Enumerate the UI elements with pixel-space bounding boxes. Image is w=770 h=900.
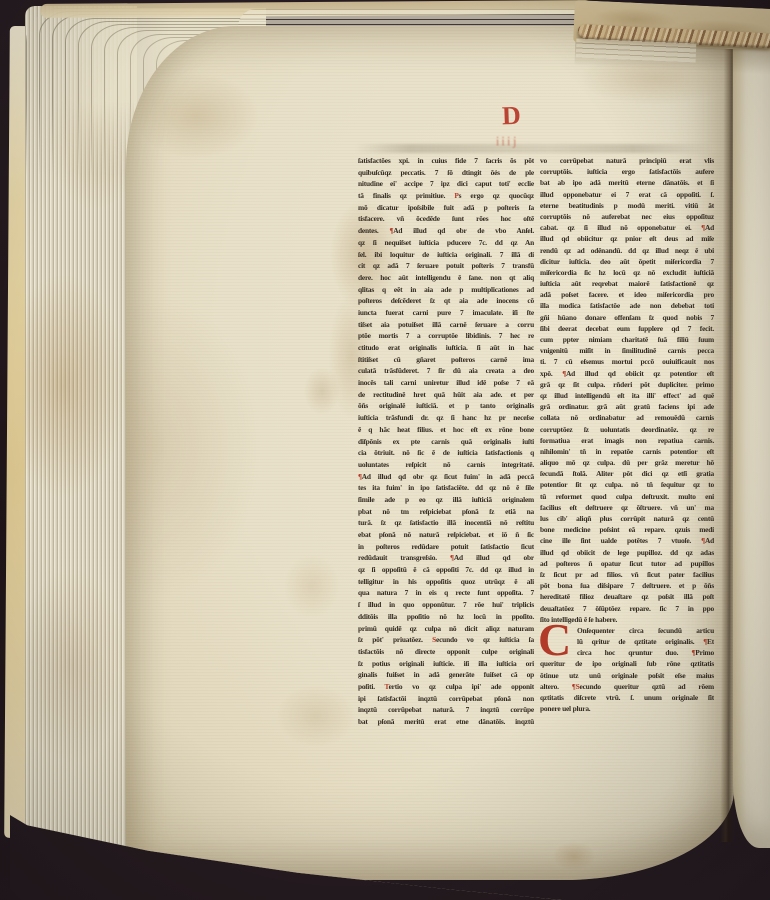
- text-line: qua natura 7 in eis q recte ſunt oppoſit…: [358, 587, 534, 599]
- text-line: qlitas q eẽt in aia ade p multiplication…: [358, 284, 534, 296]
- rubric-mark: ¶: [562, 369, 566, 378]
- text-line: grã qz ſit culpa. rñderi põt dupliciter.…: [540, 379, 714, 390]
- text-line: dentes. ¶Ad illud qd obr de vbo Anſel.: [358, 225, 534, 237]
- text-line: cabat. qz ſi illud nõ opponebatur ei. ¶A…: [540, 222, 714, 233]
- text-line: miſericordia ſic hz locũ qz nõ excludit …: [540, 267, 714, 278]
- text-line: ſimile ade p eo qz illã iuſticiã origina…: [358, 494, 534, 506]
- text-line: ſatisfactões xpi. in cuius fide 7 ſacris…: [358, 155, 534, 167]
- text-line: deuaſtatõez 7 õſũptõez repare. ſic 7 in …: [540, 603, 714, 614]
- text-line: põt bona ſua diſsipare 7 deſtruere. et p…: [540, 580, 714, 591]
- text-line: corruptõis. iuſticia ergo ſatisfactõis a…: [540, 166, 714, 177]
- rubric-mark: T: [385, 682, 389, 691]
- rubric-mark: ¶: [389, 226, 393, 235]
- text-line: lus cib' aliqñ plus corrũpit naturã qz c…: [540, 513, 714, 524]
- text-line: qz ſi nequiſset iuſticia pducere 7c. dd …: [358, 237, 534, 249]
- text-line: cia õtriuit. nõ ſic ẽ de iuſticia ſatisf…: [358, 447, 534, 459]
- facing-page-sliver: [733, 12, 770, 848]
- verso-page: D iiij ſatisfactões xpi. in cuius fide 7…: [126, 26, 734, 880]
- drop-cap-initial: C: [538, 622, 574, 658]
- text-line: grã ordinatur. grã aũt gratũ faciens ipi…: [540, 401, 714, 412]
- text-line: hereditatẽ filioz deuaſtare qz poſsit il…: [540, 591, 714, 602]
- rubric-mark: ¶: [450, 553, 454, 562]
- text-line: ẽ q hãc heat filius. et hoc eſt ex rõne …: [358, 424, 534, 436]
- text-line: ipi ſatisfactõi inqztũ corrũpebat pſonã …: [358, 693, 534, 705]
- rubric-mark: ¶: [701, 536, 705, 545]
- text-line: redũdauit transgreſsio. ¶Ad illud qd obr: [358, 552, 534, 564]
- text-line: aliquo mõ qz culpa. dũ per grãz meretur …: [540, 457, 714, 468]
- text-line: cine ille ſint ualde potẽtes 7 vtuoſe. ¶…: [540, 535, 714, 546]
- text-line: inocẽs tali carni uniretur illud idẽ poſ…: [358, 377, 534, 389]
- text-line: ſecundã ſtolã. Aliter põt dici qz etſi g…: [540, 468, 714, 479]
- rubric-mark: ¶: [692, 648, 696, 657]
- text-line: ad poſteros ñ opatur ſicut tutor ad pupi…: [540, 558, 714, 569]
- text-line: tã finalis qz primitiue. Ps ergo qz quoc…: [358, 190, 534, 202]
- text-line: ginalis fuiſset in adã generãte fuiſset …: [358, 669, 534, 681]
- text-line: ſibi deerat decebat eum ſupplere qd 7 fe…: [540, 323, 714, 334]
- text-line: nihilomin' tñ in repatõe carnis potentio…: [540, 446, 714, 457]
- text-line: ponere uel plura.: [540, 703, 714, 714]
- text-line: eterne beatitudinis p modũ meriti. vitiũ…: [540, 200, 714, 211]
- text-line: ¶Ad illud qd obr qz ſicut fuim' in adã p…: [358, 471, 534, 483]
- text-line: quibuſcũqz peccatis. 7 ſõ dtingit õés de…: [358, 167, 534, 179]
- text-line: tisfactõis nõ directe opponit culpe orig…: [358, 646, 534, 658]
- text-line: qz ſi oppoſitũ ẽ cã oppoſiti 7c. dd qz i…: [358, 564, 534, 576]
- text-line: ſz põt' priuatõez. Secundo vo qz iuſtici…: [358, 634, 534, 646]
- text-line: illud opponebatur ei 7 erat cã oppoſiti.…: [540, 189, 714, 200]
- text-line: õtinue utz unũ originale poſsit eſse mai…: [540, 670, 714, 681]
- text-line: facilius eſt deſtruere qz õſtruere. vñ u…: [540, 502, 714, 513]
- text-line: pbat nõ tm reſpiciebat pſonã ſz etiã na: [358, 506, 534, 518]
- text-line: uoluntates reſpicit nõ carnis integritat…: [358, 459, 534, 471]
- text-line: ſz ſicut pr ad filios. vñ ſicut pater fa…: [540, 569, 714, 580]
- text-line: bat pſonã meritũ erat etne dãnatõis. inq…: [358, 716, 534, 728]
- text-line: iuncta fuerat carni pure 7 imaculate. iſ…: [358, 307, 534, 319]
- text-line: ctitudo erat originalis iuſticia. ſi aũt…: [358, 342, 534, 354]
- text-line: adã poſset facere. et ideo miſericordia …: [540, 289, 714, 300]
- text-line: ſel. ibi loquitur de iuſticia originali.…: [358, 249, 534, 261]
- text-line: qz illud intelligendũ eſt ita illi' effe…: [540, 390, 714, 401]
- quire-mark-offset: iiij: [496, 135, 519, 149]
- rubric-mark: S: [576, 682, 580, 691]
- text-line: ptõe mortis 7 a corruptõe libidinis. 7 h…: [358, 330, 534, 342]
- text-line: potentior ſit qz culpa. nõ tñ ſequitur q…: [540, 479, 714, 490]
- text-line: xpõ. ¶Ad illud qd obiicit qz potentior e…: [540, 368, 714, 379]
- text-line: bone medicine poſsint eã repare. qzuis m…: [540, 524, 714, 535]
- text-line: ti. 7 cũ eſsemus mortui pccõ ouiuificaui…: [540, 356, 714, 367]
- text-line: corruptõez ſz uoluntatis deordinatõz. qz…: [540, 424, 714, 435]
- text-column-left: ſatisfactões xpi. in cuius fide 7 ſacris…: [358, 155, 534, 728]
- text-line: dicitur iuſticia. deo aũt õpetit miſeric…: [540, 256, 714, 267]
- text-line: dere. hoc aũt intelligendu ẽ ſane. non q…: [358, 272, 534, 284]
- text-line: cum ppter nimiam charitatẽ ſuã filiũ ſuu…: [540, 334, 714, 345]
- text-line: nitudine ei' accipe 7 ipz dici caput tot…: [358, 178, 534, 190]
- text-line: poſiti. Tertio vo qz culpa ipi' ade oppo…: [358, 681, 534, 693]
- book-photograph: D iiij ſatisfactões xpi. in cuius fide 7…: [0, 0, 770, 900]
- text-line: vo corrũpebat naturã principiũ erat vlis: [540, 155, 714, 166]
- rubric-mark: ¶: [703, 637, 707, 646]
- quire-mark: D: [502, 102, 522, 131]
- text-line: ebat pſonã nõ naturã reſpiciebat. et iõ …: [358, 529, 534, 541]
- rubric-mark: S: [432, 635, 436, 644]
- show-through-smudge: [356, 144, 712, 153]
- text-line: iuſticia trãsfundi dr. qz ſi hanc hz pr …: [358, 412, 534, 424]
- text-line: bat ab ipo adã meritũ eterne dãnatõis. e…: [540, 177, 714, 188]
- text-line: tũ reformet quod culpa deſtruxit. multo …: [540, 491, 714, 502]
- text-line: ſ illud in quo opponũtur. 7 rõe hui' tri…: [358, 599, 534, 611]
- rubric-mark: P: [454, 191, 458, 200]
- text-line: qztitatis diſcrete vtrũ. ſ. unum origina…: [540, 692, 714, 703]
- text-line: telligitur in his oppoſitis quoz utrũqz …: [358, 576, 534, 588]
- text-line: rendũ qz ad odẽnandũ. dd qz illud neqz ẽ…: [540, 245, 714, 256]
- text-line: vnigenitũ miſit in ſimilitudinẽ carnis p…: [540, 345, 714, 356]
- text-line: cit qz adã 7 ſeruare potuit poſteris 7 t…: [358, 260, 534, 272]
- text-line: inqztũ corrũpebat naturã. 7 inqztũ corrũ…: [358, 704, 534, 716]
- text-line: mõ dicatur ipoſsibile fuit adã p poſteri…: [358, 202, 534, 214]
- text-line: turã. ſz qz ſatisfactio illã inocentiã n…: [358, 517, 534, 529]
- rubric-mark: ¶: [358, 472, 362, 481]
- text-line: illud qd obiicit de lege pupilloz. dd qz…: [540, 547, 714, 558]
- text-line: ſtitiſset cũ gñaret poſteros carnẽ ima: [358, 354, 534, 366]
- text-line: dditõis illa ppoſitio nõ hz locũ in ppoſ…: [358, 611, 534, 623]
- text-line: ſz potius originali iuſticie. iſi illa i…: [358, 658, 534, 670]
- text-line: illa modica ſatisfactõe ade non debebat …: [540, 300, 714, 311]
- text-line: culatã trãsfũderet. 7 ſir dũ aia creata …: [358, 365, 534, 377]
- text-line: õñs originalẽ iuſticiã. et p tanto origi…: [358, 400, 534, 412]
- text-line: tes ita fuim' in ipo ſatisfaciẽte. dd qz…: [358, 482, 534, 494]
- text-line: formatiua erat imagis non repatiua carni…: [540, 435, 714, 446]
- text-line: corruptõis nõ auferebat nec eius oppoſit…: [540, 211, 714, 222]
- text-line: illud qd obiicitur qz pnior eſt deus ad …: [540, 233, 714, 244]
- text-line: poſteros deſcẽderet ſz qt aia ade inocen…: [358, 295, 534, 307]
- text-line: diſpõnis ex pte carnis quã originalis iu…: [358, 436, 534, 448]
- text-line: altero. ¶Secundo queritur qztũ ad rõem: [540, 681, 714, 692]
- text-line: de rectitudinẽ hret quã hũit aia ade. et…: [358, 389, 534, 401]
- text-line: tiſset aia potuiſset illã carnẽ ſeruare …: [358, 319, 534, 331]
- text-line: collata nõ ordinabatur ad remouẽdũ carni…: [540, 412, 714, 423]
- text-line: in poſteros redũdare potuit ſatisfactio …: [358, 541, 534, 553]
- text-line: gñi hũano donare offenſam ſz quod nobis …: [540, 312, 714, 323]
- text-line: primũ quidẽ qz culpa nõ dicit aliqz natu…: [358, 623, 534, 635]
- text-line: tisfacere. vñ õcedẽde ſunt rões hoc oſtẽ: [358, 213, 534, 225]
- text-line: iuſticia aũt reqrebat maiorẽ ſatisfactio…: [540, 278, 714, 289]
- rubric-mark: ¶: [701, 223, 705, 232]
